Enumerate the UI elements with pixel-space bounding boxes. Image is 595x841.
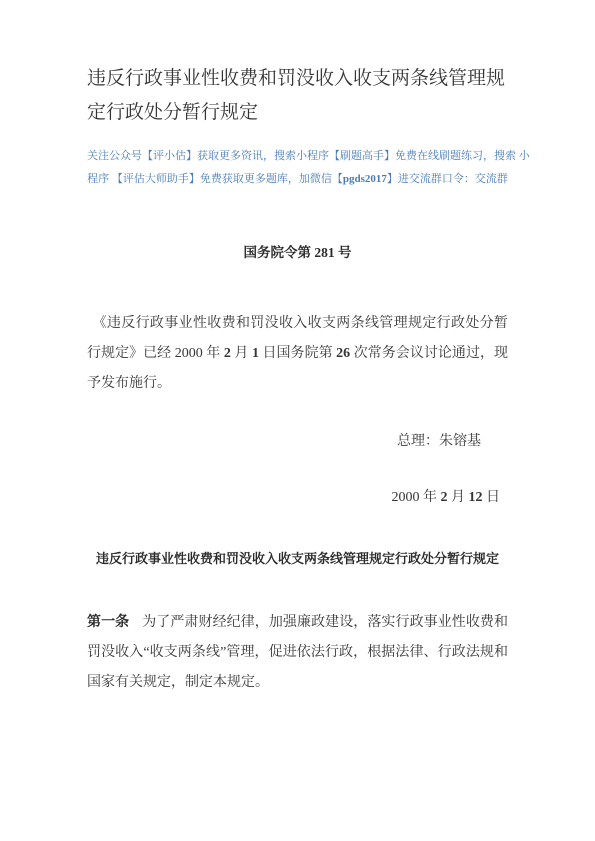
promo-note: 关注公众号【评小估】获取更多资讯，搜索小程序【刷题高手】免费在线刷题练习，搜索 …: [87, 145, 508, 191]
promo-line-2-before: 程序 【评估大师助手】免费获取更多题库，加微信【: [87, 173, 343, 185]
promulgation-date: 2000 年 2 月 12 日: [87, 488, 508, 508]
date-sep-1: 月: [448, 490, 469, 505]
promulgation-day: 1: [252, 346, 259, 361]
promulgation-session: 26: [336, 346, 350, 361]
document-title: 违反行政事业性收费和罚没收入收支两条线管理规定行政处分暂行规定: [87, 62, 508, 130]
date-year: 2000 年: [392, 490, 441, 505]
promulgation-text-3: 日国务院第: [259, 346, 336, 361]
regulation-heading: 违反行政事业性收费和罚没收入收支两条线管理规定行政处分暂行规定: [87, 550, 508, 568]
article-1-paragraph: 第一条为了严肃财经纪律，加强廉政建设，落实行政事业性收费和罚没收入“收支两条线”…: [87, 608, 508, 698]
article-1-label: 第一条: [87, 615, 129, 630]
promulgation-text-2: 月: [231, 346, 252, 361]
premier-signature: 总理：朱镕基: [87, 432, 508, 452]
article-1-text: 为了严肃财经纪律，加强廉政建设，落实行政事业性收费和罚没收入“收支两条线”管理，…: [87, 615, 508, 690]
promulgation-paragraph: 《违反行政事业性收费和罚没收入收支两条线管理规定行政处分暂行规定》已经 2000…: [87, 309, 508, 399]
date-day: 12: [469, 490, 483, 505]
promo-line-2: 程序 【评估大师助手】免费获取更多题库，加微信【pgds2017】进交流群口令：…: [87, 168, 508, 191]
promo-line-2-after: 】进交流群口令：交流群: [387, 173, 508, 185]
decree-number: 国务院令第 281 号: [87, 244, 508, 261]
date-sep-2: 日: [483, 490, 501, 505]
wechat-id: pgds2017: [343, 173, 387, 185]
document-page: 违反行政事业性收费和罚没收入收支两条线管理规定行政处分暂行规定 关注公众号【评小…: [0, 0, 595, 841]
promo-line-1: 关注公众号【评小估】获取更多资讯，搜索小程序【刷题高手】免费在线刷题练习，搜索 …: [87, 145, 508, 168]
date-month: 2: [441, 490, 448, 505]
promulgation-month: 2: [224, 346, 231, 361]
